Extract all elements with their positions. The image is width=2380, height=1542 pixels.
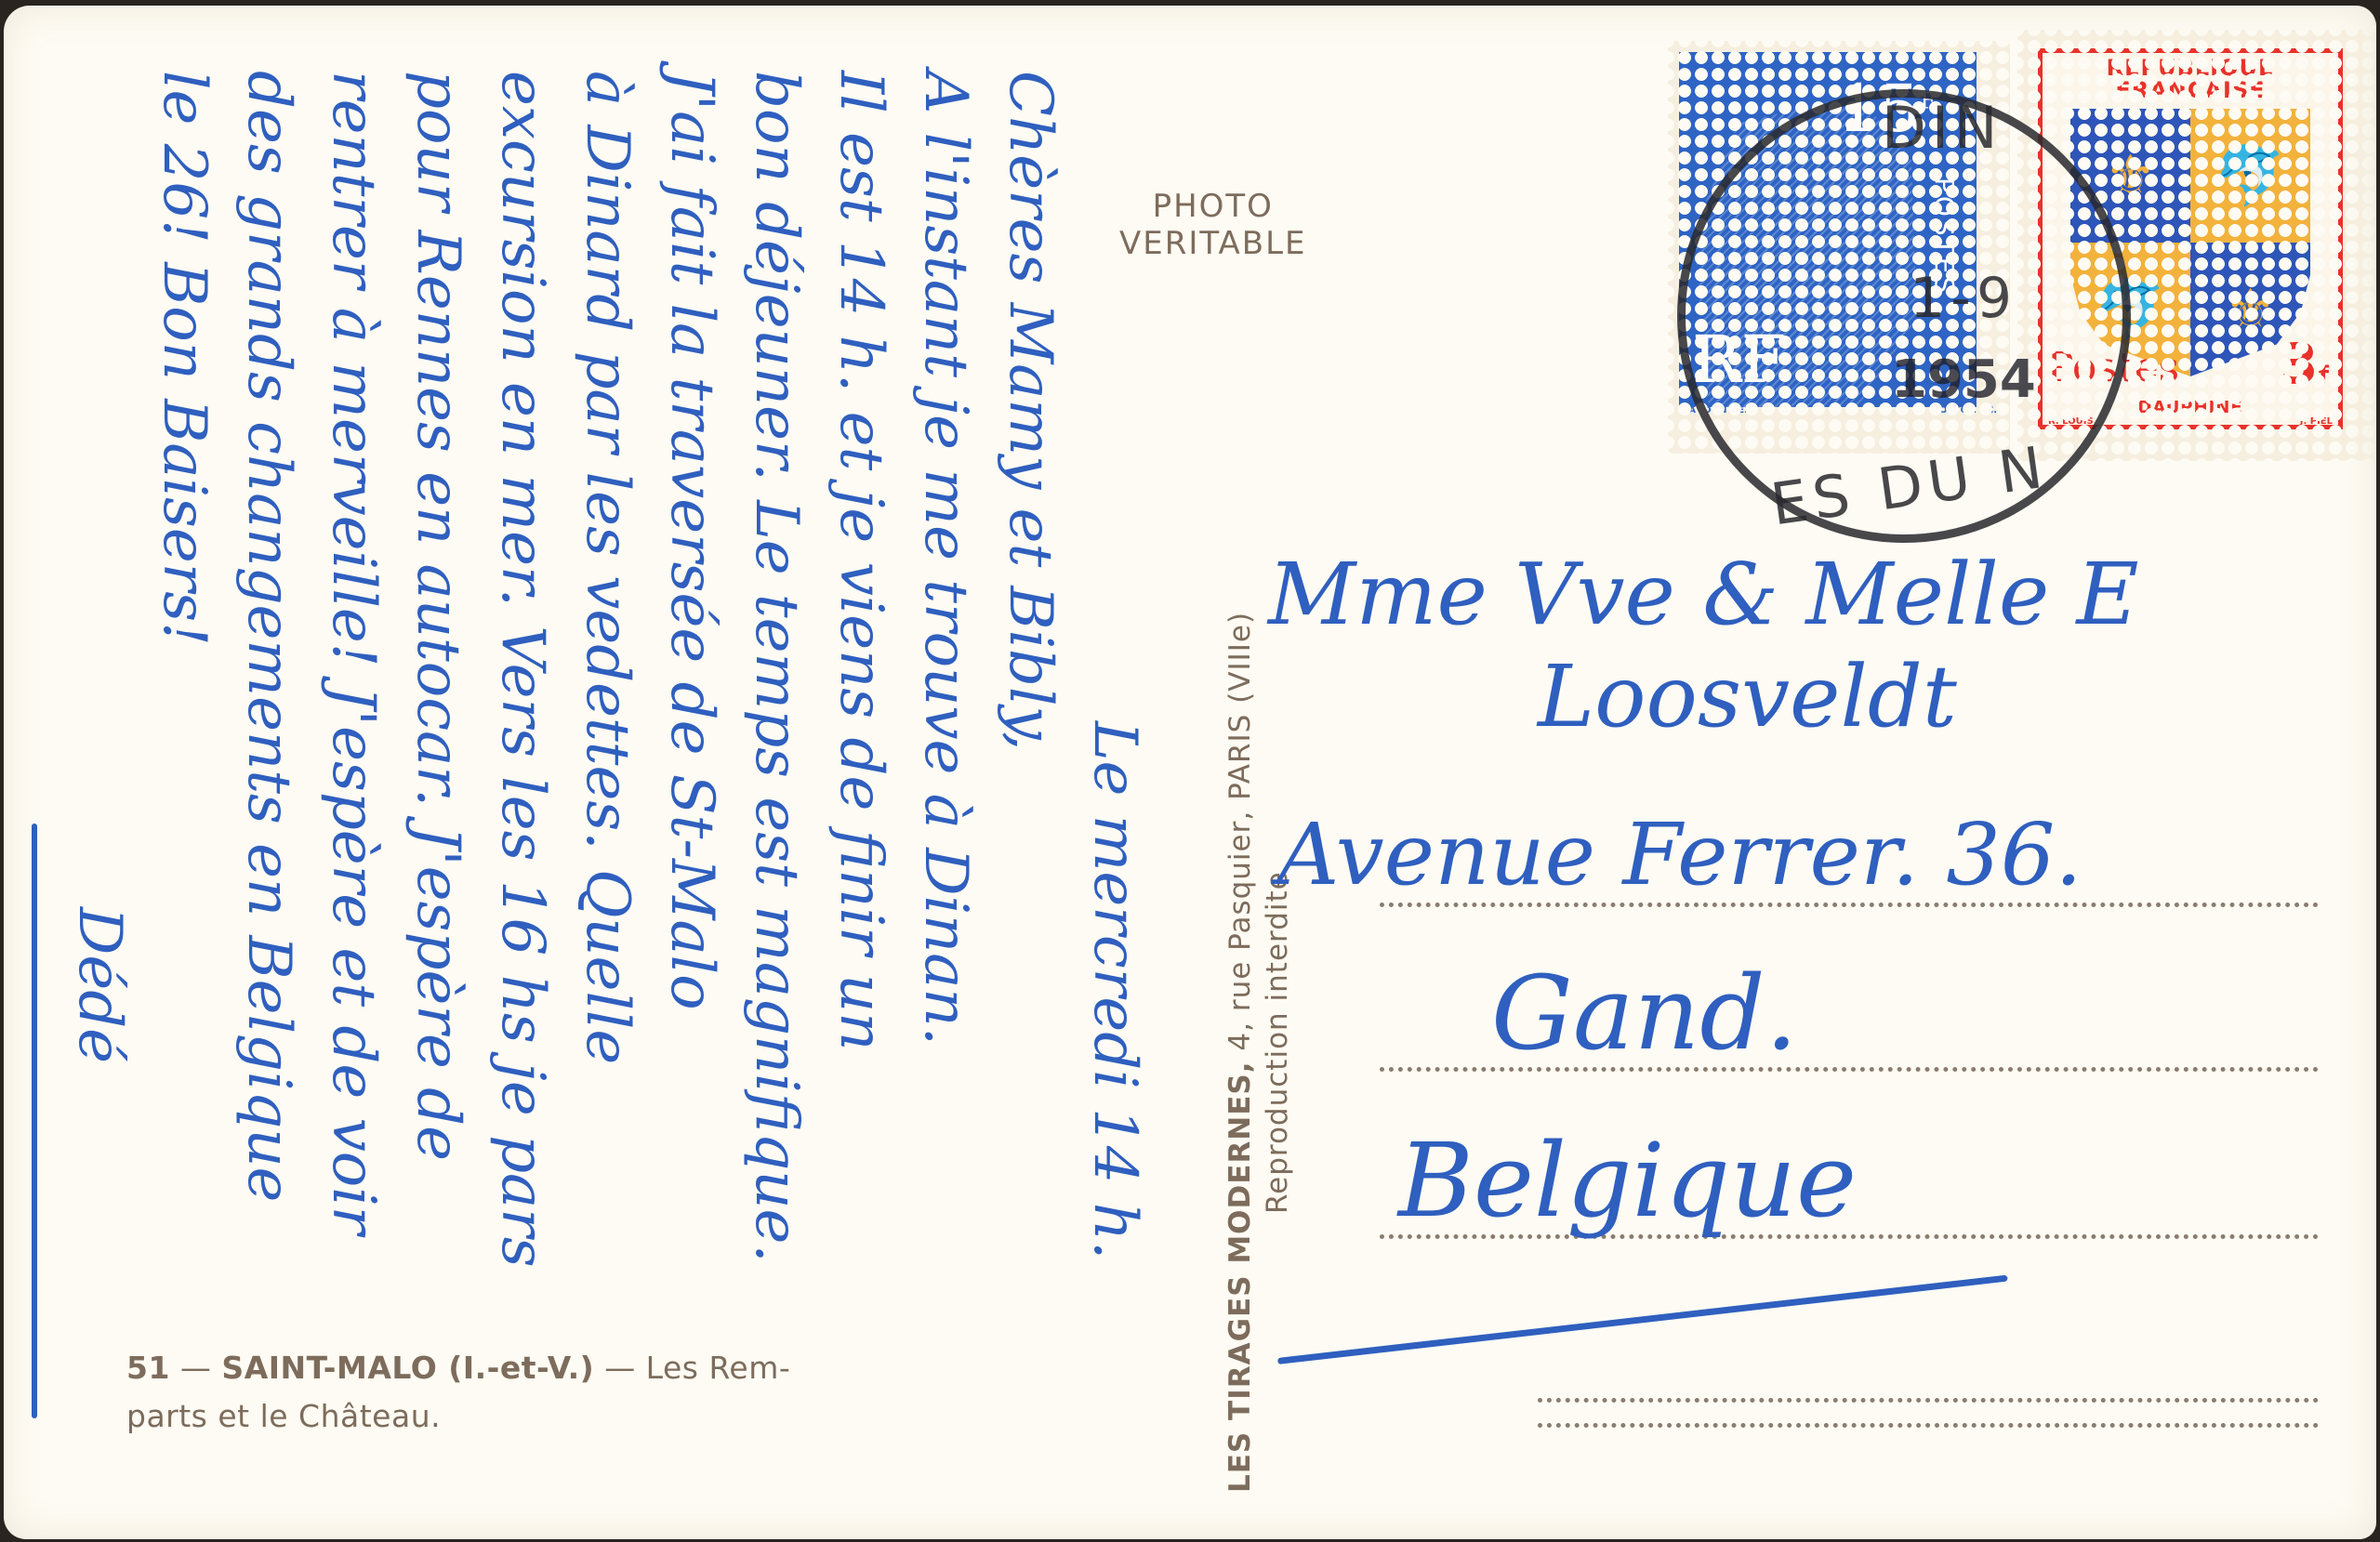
message-line: des grands changements en Belgique bbox=[226, 71, 311, 1521]
address-line-4 bbox=[1538, 1398, 2319, 1403]
address-line-5 bbox=[1538, 1423, 2319, 1428]
message-line: le 26! Bon Baisers! bbox=[141, 71, 226, 1521]
message-line: rentrer à merveille! J'espère et de voir bbox=[311, 71, 395, 1521]
message-line: pour Rennes en autocar. J'espère de bbox=[395, 71, 480, 1521]
stamp-country-line1: REPUBLIQUE bbox=[2043, 57, 2338, 79]
address-street: Avenue Ferrer. 36. bbox=[1277, 805, 2082, 904]
message-line: J'ai fait la traversée de St-Malo bbox=[649, 71, 734, 1521]
message-line: à Dinard par les vedettes. Quelle bbox=[564, 71, 649, 1521]
postcard-back: PHOTO VERITABLE LES TIRAGES MODERNES, 4,… bbox=[4, 6, 2376, 1539]
message-line: Chères Mamy et Bibly, bbox=[987, 71, 1072, 1521]
address-surname: Loosveldt bbox=[1538, 647, 1957, 746]
publisher-address: 4, rue Pasquier, PARIS (VIIIe) bbox=[1223, 612, 1257, 1061]
stamp-value-unit: f bbox=[2319, 362, 2329, 389]
dolphin-icon: 🐬 bbox=[2190, 109, 2310, 243]
stamp-value: 3f bbox=[2280, 332, 2329, 397]
message-line: Il est 14 h. et je viens de finir un bbox=[818, 71, 903, 1521]
postmark-text-top: DIN bbox=[1882, 94, 2003, 162]
postmark-date: 1-9 bbox=[1910, 266, 2017, 331]
stamp-country: REPUBLIQUE FRANCAISE bbox=[2043, 57, 2338, 101]
address-city: Gand. bbox=[1491, 954, 1798, 1073]
message-line: excursion en mer. Vers les 16 hs je pars bbox=[480, 71, 564, 1521]
message-line: bon déjeuner. Le temps est magnifique. bbox=[734, 71, 818, 1521]
stamp-country-line2: FRANCAISE bbox=[2043, 79, 2338, 101]
message-signature: Dédé bbox=[57, 71, 141, 1521]
address-country: Belgique bbox=[1398, 1121, 1857, 1240]
stamp-designer-right: J. PIEL bbox=[2300, 416, 2333, 427]
postmark-year: 1954 bbox=[1891, 349, 2036, 410]
stamp-value-number: 3 bbox=[2280, 332, 2319, 397]
message-dateline: Le mercredi 14 h. bbox=[1072, 71, 1157, 1521]
message-line: A l'instant je me trouve à Dinan. bbox=[903, 71, 987, 1521]
underline-stroke bbox=[1277, 1275, 2008, 1364]
publisher-name: LES TIRAGES MODERNES, bbox=[1223, 1061, 1257, 1493]
address-recipient: Mme Vve & Melle E bbox=[1268, 545, 2139, 644]
handwritten-message: Le mercredi 14 h. Chères Mamy et Bibly,A… bbox=[57, 71, 1157, 1521]
margin-ink-stroke bbox=[32, 824, 37, 1418]
message-body: Chères Mamy et Bibly,A l'instant je me t… bbox=[141, 71, 1072, 1521]
